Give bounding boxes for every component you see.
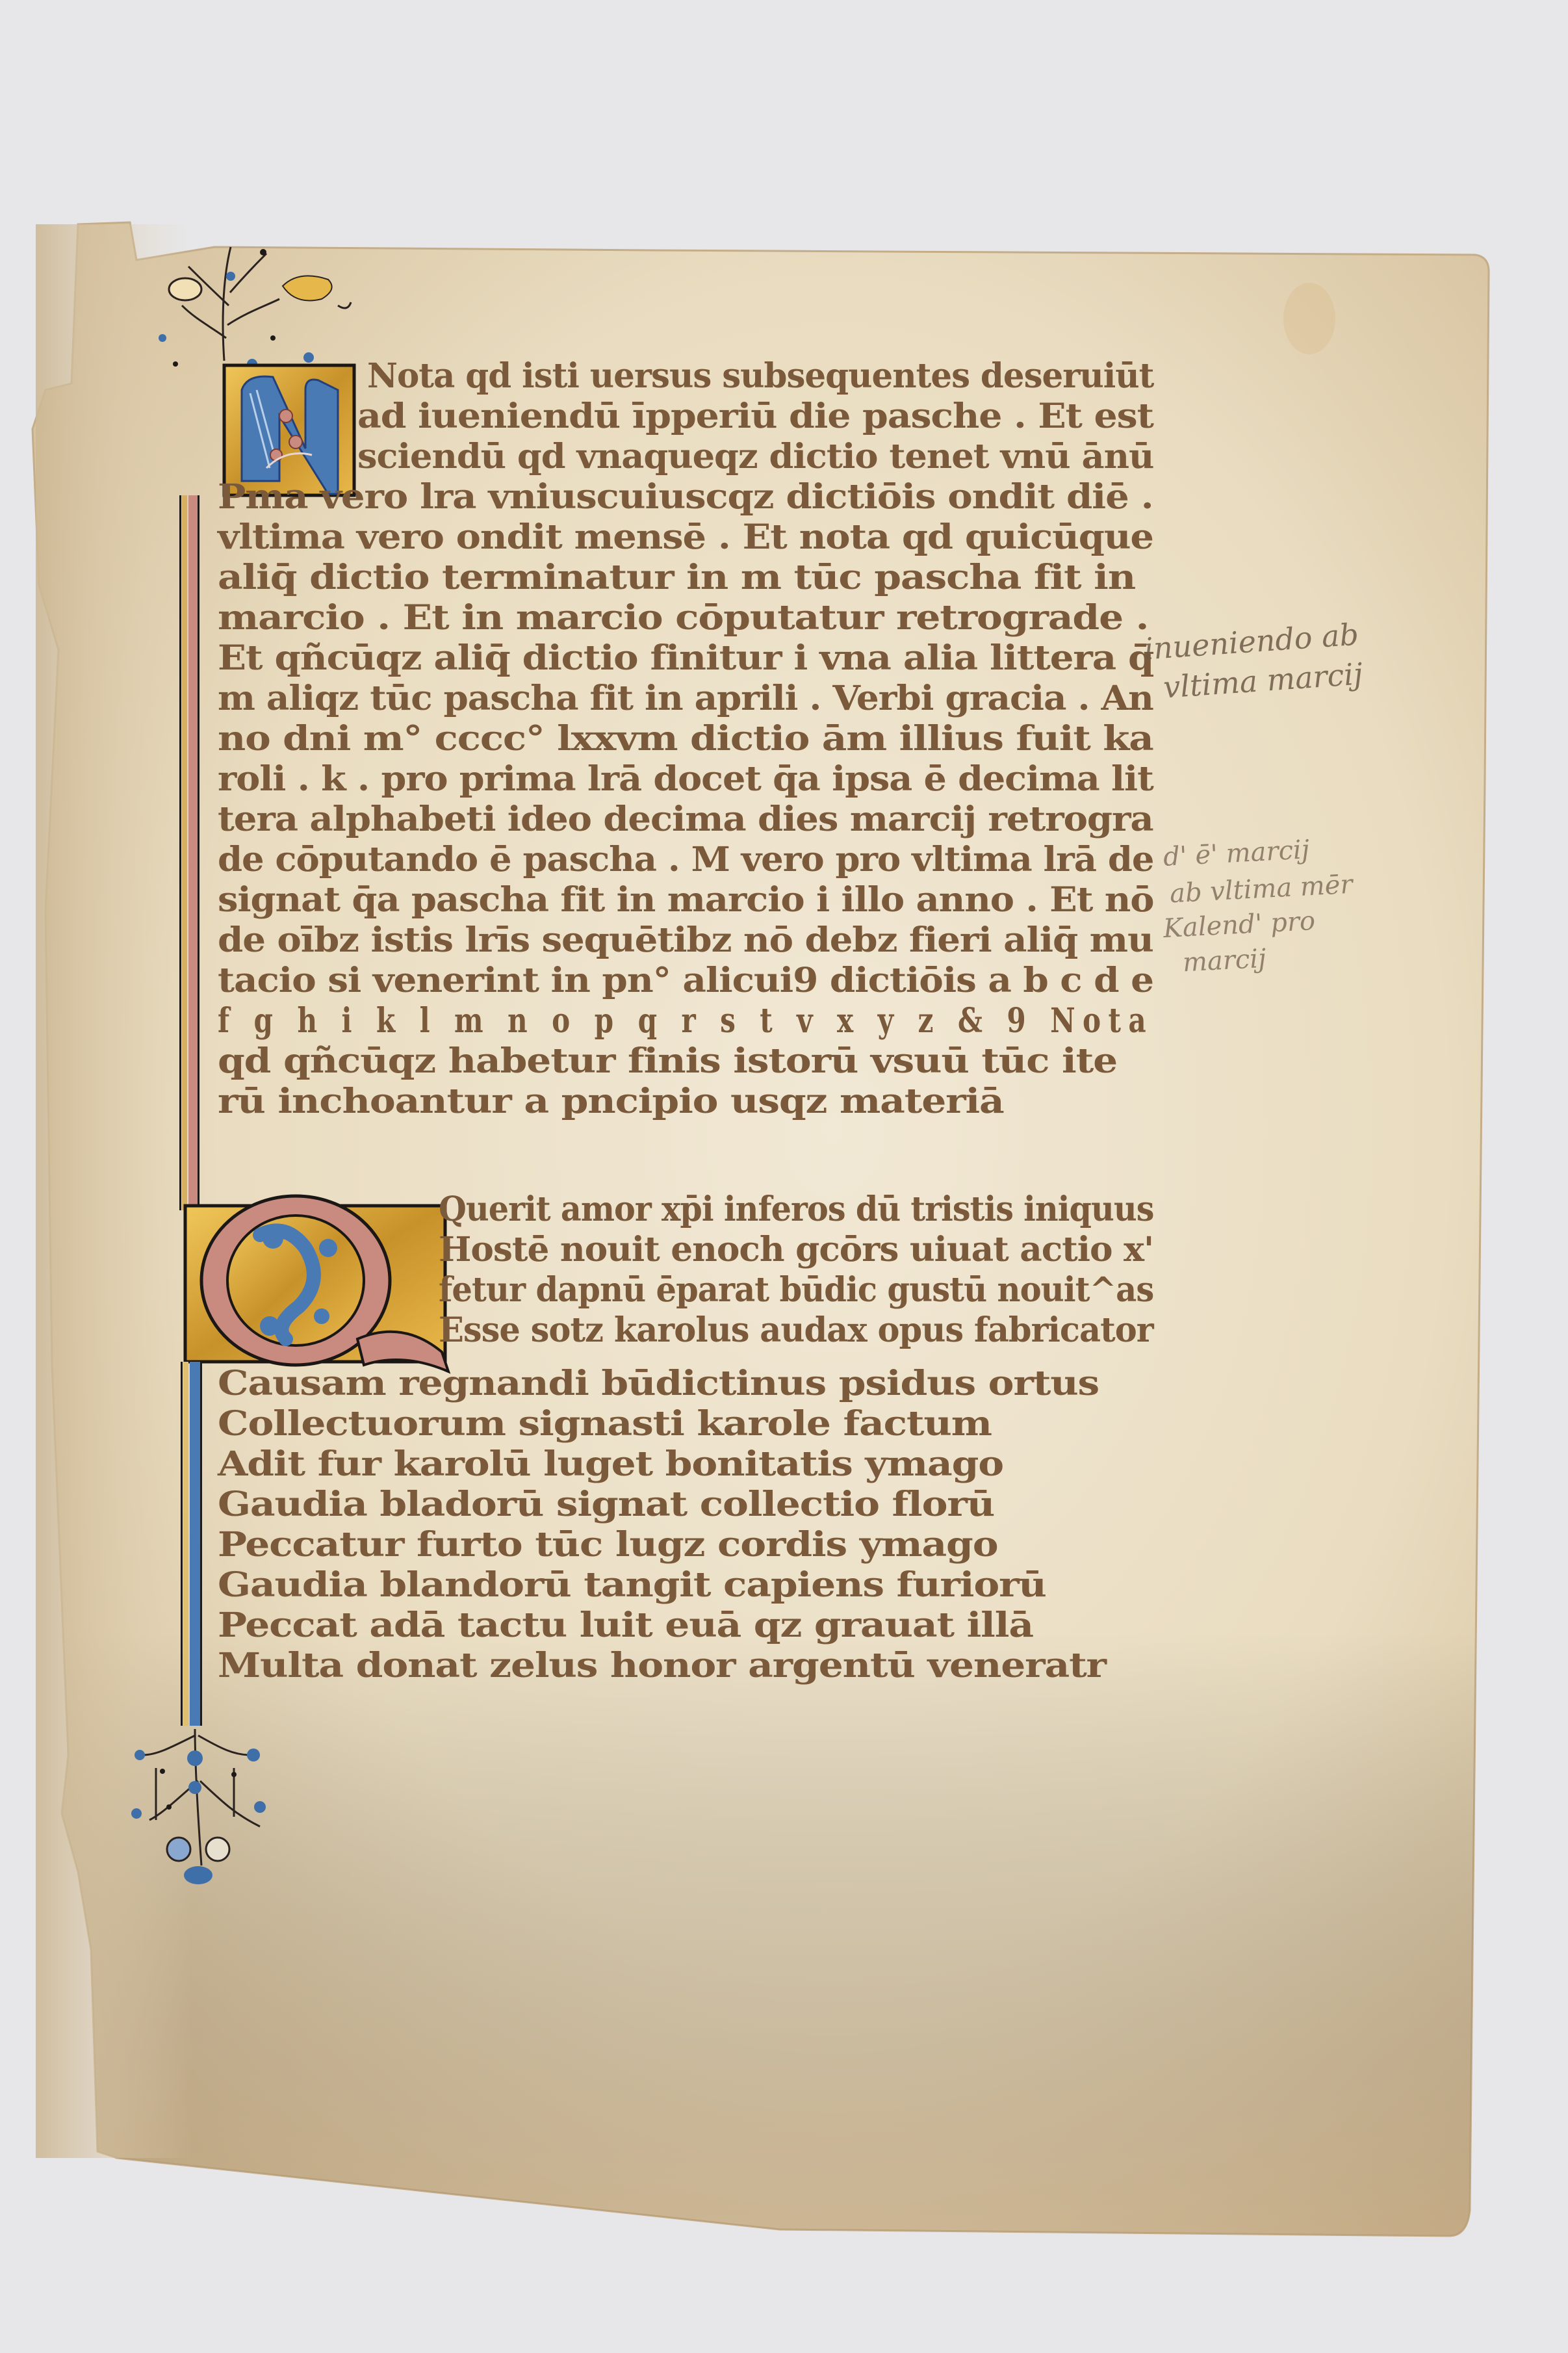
prose-line: tacio si venerint in pn° alicui9 dictiōi… <box>218 961 1153 1000</box>
initial-q <box>185 1196 448 1371</box>
prose-line: Nota qd isti uersus subsequentes deserui… <box>367 356 1153 396</box>
alphabet-line: f g h i k l m n o p q r s t v x y z & 9 … <box>218 1001 1153 1041</box>
verse-line: Collectuorum signasti karole factum <box>218 1404 992 1444</box>
prose-line: vltima vero ondit mensē . Et nota qd qui… <box>218 517 1153 557</box>
prose-line: de cōputando ē pascha . M vero pro vltim… <box>218 840 1153 879</box>
prose-line: m aliqz tūc pascha fit in aprili . Verbi… <box>218 679 1153 718</box>
verse-line: Querit amor xp̄i inferos dū tristis iniq… <box>439 1189 1153 1229</box>
prose-line: tera alphabeti ideo decima dies marcij r… <box>218 799 1153 839</box>
verse-line: Causam regnandi būdictinus psidus ortus <box>218 1364 1099 1403</box>
verse-line: Gaudia bladorū signat collectio florū <box>218 1485 994 1524</box>
prose-line: roli . k . pro prima lrā docet q̄a ipsa … <box>218 759 1153 799</box>
prose-line: no dni m° cccc° lxxvm dictio ām illius f… <box>218 719 1153 759</box>
initial-n <box>224 365 354 495</box>
prose-line: Pma vero lra vniuscuiuscqz dictiōis ondi… <box>218 477 1153 517</box>
manuscript-photo: Nota qd isti uersus subsequentes deserui… <box>0 0 1568 2353</box>
prose-line: qd qñcūqz habetur finis istorū vsuū tūc … <box>218 1041 1117 1081</box>
prose-line: rū inchoantur a pncipio usqz materiā <box>218 1082 1004 1121</box>
prose-line: marcio . Et in marcio cōputatur retrogra… <box>218 598 1148 638</box>
prose-line: sciendū qd vnaqueqz dictio tenet vnū ānū <box>357 437 1153 476</box>
prose-line: ad iueniendū īpperiū die pasche . Et est <box>357 396 1153 436</box>
prose-line: Et qñcūqz aliq̄ dictio finitur i vna ali… <box>218 638 1153 678</box>
verse-line: Peccatur furto tūc lugz cordis ymago <box>218 1525 997 1565</box>
verse-line: Adit fur karolū luget bonitatis ymago <box>218 1444 1003 1484</box>
verse-line: Gaudia blandorū tangit capiens furiorū <box>218 1565 1046 1605</box>
verse-line: Multa donat zelus honor argentū veneratr <box>218 1646 1106 1685</box>
verse-line: fetur dapnū ēparat būdic gustū nouit^as <box>439 1270 1153 1310</box>
vellum-leaf <box>0 0 1568 2353</box>
marginal-note: marcij <box>1182 944 1267 978</box>
verse-line: Peccat adā tactu luit euā qz grauat illā <box>218 1605 1033 1645</box>
verse-line: Hostē nouit enoch gcōrs uiuat actio x' <box>439 1230 1153 1269</box>
prose-line: aliq̄ dictio terminatur in m tūc pascha … <box>218 558 1135 597</box>
prose-line: signat q̄a pascha fit in marcio i illo a… <box>218 880 1153 920</box>
verse-line: Esse sotz karolus audax opus fabricator <box>439 1310 1153 1350</box>
prose-line: de oībz istis lrīs sequētibz nō debz fie… <box>218 920 1153 960</box>
